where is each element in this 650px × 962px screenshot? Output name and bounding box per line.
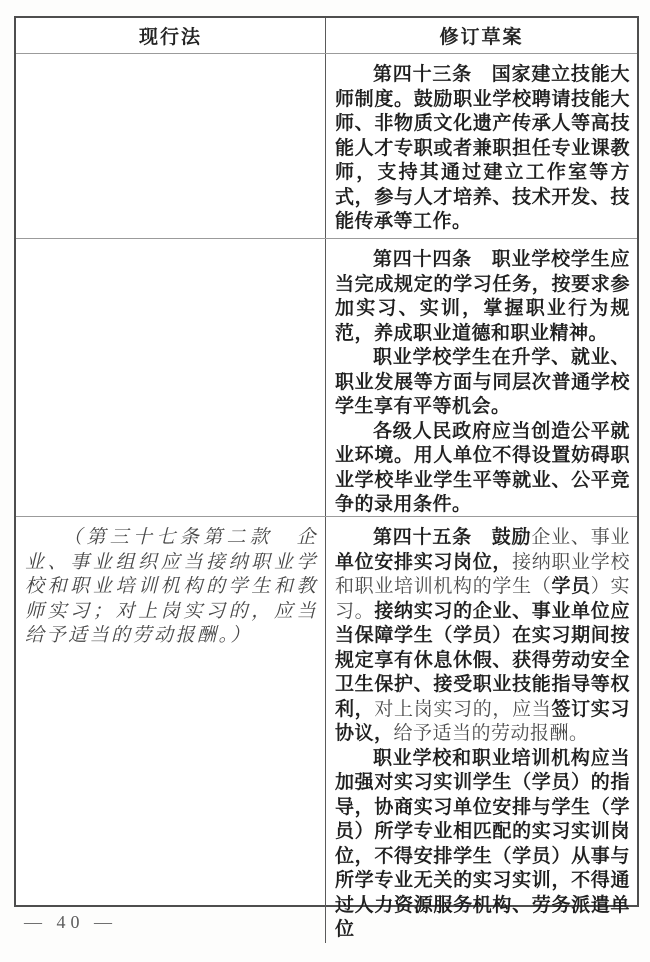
table-row: （第三十七条第二款 企业、事业组织应当接纳职业学校和职业培训机构的学生和教师实习…	[16, 517, 637, 943]
header-label-current-law: 现行法	[139, 22, 202, 49]
text-segment: 单位安排实习岗位，	[335, 552, 512, 573]
text-segment: 企业、事业	[531, 527, 630, 548]
paragraph: 各级人民政府应当创造公平就业环境。用人单位不得设置妨碍职业学校毕业学生平等就业、…	[335, 420, 630, 517]
table-body: 第四十三条 国家建立技能大师制度。鼓励职业学校聘请技能大师、非物质文化遗产传承人…	[16, 54, 637, 943]
paragraph: （第三十七条第二款 企业、事业组织应当接纳职业学校和职业培训机构的学生和教师实习…	[25, 526, 318, 649]
cell-current-law	[16, 239, 326, 516]
text-segment: 第四十五条 鼓励	[373, 527, 531, 548]
text-segment: 第四十四条 职业学校学生应当完成规定的学习任务，按要求参加实习、实训，掌握职业行…	[335, 249, 630, 344]
text-segment: 给予适当的劳动报酬。	[394, 723, 589, 744]
header-label-draft: 修订草案	[439, 22, 523, 49]
table-header-row: 现行法 修订草案	[16, 18, 637, 54]
text-segment: 各级人民政府应当创造公平就业环境。用人单位不得设置妨碍职业学校毕业学生平等就业、…	[335, 421, 630, 516]
paragraph: 第四十五条 鼓励企业、事业单位安排实习岗位，接纳职业学校和职业培训机构的学生（学…	[335, 526, 630, 747]
paragraph: 第四十三条 国家建立技能大师制度。鼓励职业学校聘请技能大师、非物质文化遗产传承人…	[335, 63, 630, 235]
cell-draft: 第四十三条 国家建立技能大师制度。鼓励职业学校聘请技能大师、非物质文化遗产传承人…	[326, 54, 637, 238]
header-cell-current-law: 现行法	[16, 18, 326, 53]
text-segment: 第四十三条 国家建立技能大师制度。鼓励职业学校聘请技能大师、非物质文化遗产传承人…	[335, 64, 630, 232]
text-segment: 对上岗实习的，应当	[374, 699, 551, 720]
text-segment: 职业学校学生在升学、就业、职业发展等方面与同层次普通学校学生享有平等机会。	[335, 347, 630, 417]
paragraph: 职业学校学生在升学、就业、职业发展等方面与同层次普通学校学生享有平等机会。	[335, 346, 630, 420]
paragraph: 职业学校和职业培训机构应当加强对实习实训学生（学员）的指导，协商实习单位安排与学…	[335, 747, 630, 943]
cell-draft: 第四十四条 职业学校学生应当完成规定的学习任务，按要求参加实习、实训，掌握职业行…	[326, 239, 637, 516]
cell-current-law	[16, 54, 326, 238]
text-segment: 学员	[551, 576, 590, 597]
cell-draft: 第四十五条 鼓励企业、事业单位安排实习岗位，接纳职业学校和职业培训机构的学生（学…	[326, 517, 637, 943]
text-segment: 职业学校和职业培训机构应当加强对实习实训学生（学员）的指导，协商实习单位安排与学…	[335, 748, 630, 941]
paragraph: 第四十四条 职业学校学生应当完成规定的学习任务，按要求参加实习、实训，掌握职业行…	[335, 248, 630, 346]
table-row: 第四十三条 国家建立技能大师制度。鼓励职业学校聘请技能大师、非物质文化遗产传承人…	[16, 54, 637, 239]
comparison-table: 现行法 修订草案 第四十三条 国家建立技能大师制度。鼓励职业学校聘请技能大师、非…	[14, 16, 639, 907]
cell-current-law: （第三十七条第二款 企业、事业组织应当接纳职业学校和职业培训机构的学生和教师实习…	[16, 517, 326, 943]
document-page: 现行法 修订草案 第四十三条 国家建立技能大师制度。鼓励职业学校聘请技能大师、非…	[0, 0, 650, 962]
text-segment: （第三十七条第二款 企业、事业组织应当接纳职业学校和职业培训机构的学生和教师实习…	[25, 527, 318, 646]
table-row: 第四十四条 职业学校学生应当完成规定的学习任务，按要求参加实习、实训，掌握职业行…	[16, 239, 637, 517]
page-number: — 40 —	[24, 912, 117, 933]
header-cell-draft: 修订草案	[326, 18, 637, 53]
